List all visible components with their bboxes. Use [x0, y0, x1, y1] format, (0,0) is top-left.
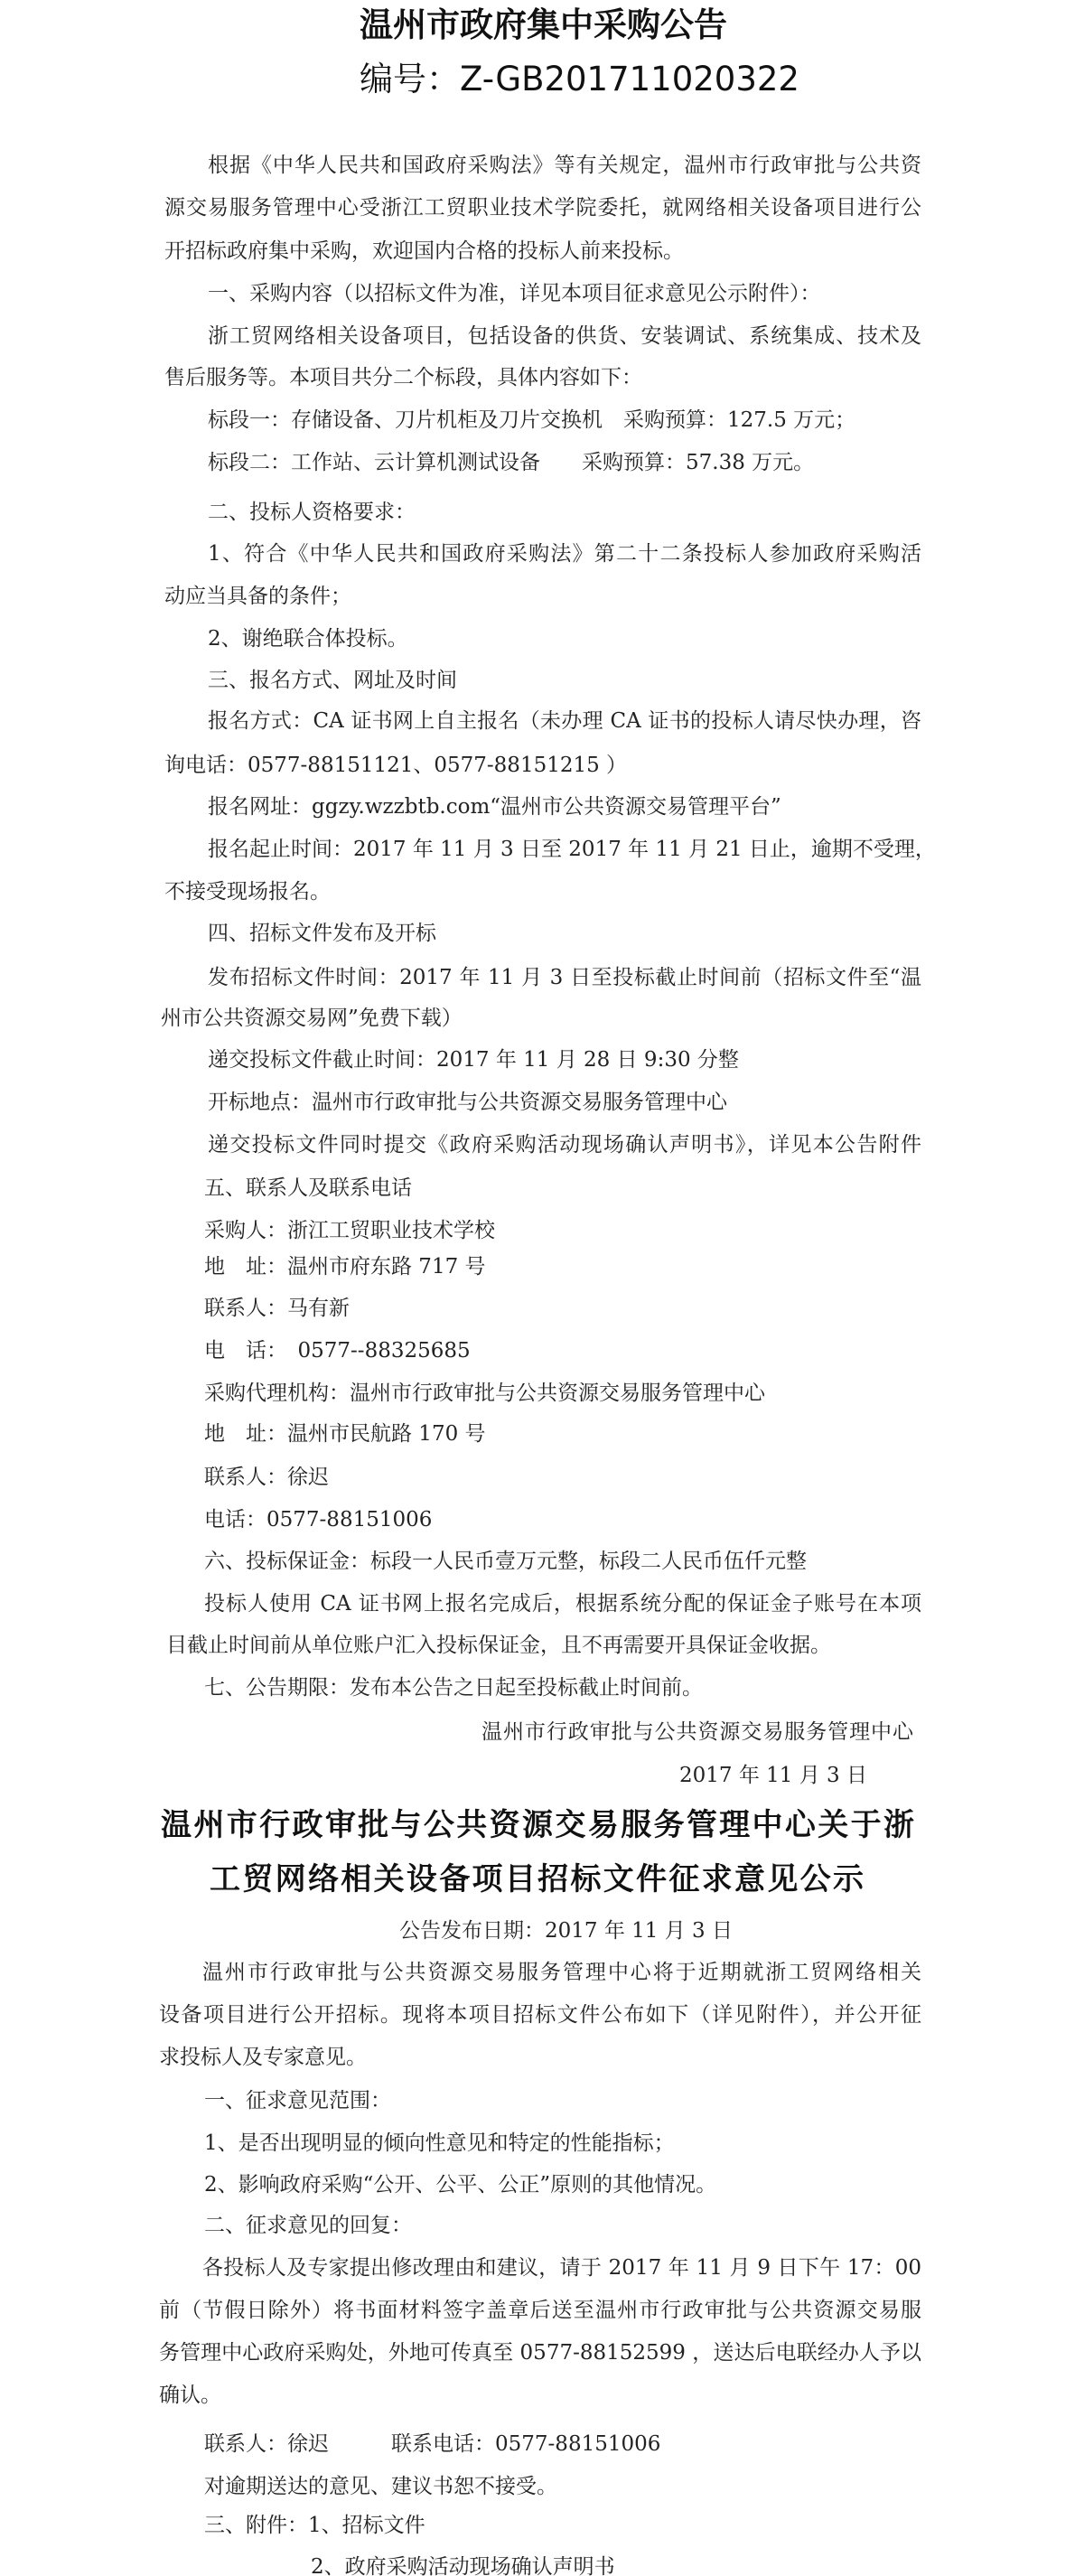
notice-line: 对逾期送达的意见、建议书恕不接受。	[204, 2473, 557, 2500]
paragraph-line: 2、谢绝联合体投标。	[208, 625, 408, 652]
paragraph-line: 开标地点：温州市行政审批与公共资源交易服务管理中心	[208, 1089, 727, 1116]
paragraph-line: 报名起止时间：2017 年 11 月 3 日至 2017 年 11 月 21 日…	[208, 836, 921, 863]
paragraph-line: 根据《中华人民共和国政府采购法》等有关规定，温州市行政审批与公共资	[208, 152, 921, 179]
notice-number: 编号：Z-GB201711020322	[360, 60, 799, 99]
section-heading: 六、投标保证金：标段一人民币壹万元整，标段二人民币伍仟元整	[204, 1548, 807, 1575]
paragraph-line: 求投标人及专家意见。	[159, 2044, 367, 2071]
signature: 温州市行政审批与公共资源交易服务管理中心	[481, 1719, 913, 1746]
paragraph-line: 设备项目进行公开招标。现将本项目招标文件公布如下（详见附件），并公开征	[159, 2001, 921, 2028]
paragraph-line: 各投标人及专家提出修改理由和建议，请于 2017 年 11 月 9 日下午 17…	[202, 2254, 921, 2281]
contact-line: 电 话： 0577--88325685	[204, 1337, 471, 1364]
paragraph-line: 开招标政府集中采购，欢迎国内合格的投标人前来投标。	[164, 238, 684, 265]
paragraph-line: 确认。	[159, 2382, 221, 2409]
paragraph-line: 投标人使用 CA 证书网上报名完成后，根据系统分配的保证金子账号在本项	[204, 1590, 921, 1617]
contact-line: 地 址：温州市府东路 717 号	[204, 1253, 486, 1280]
attachment-item: 三、附件：1、招标文件	[204, 2512, 425, 2539]
paragraph-line: 递交投标文件同时提交《政府采购活动现场确认声明书》，详见本公告附件	[208, 1131, 921, 1158]
contact-line: 采购人：浙江工贸职业技术学校	[204, 1217, 495, 1244]
section-heading: 七、公告期限：发布本公告之日起至投标截止时间前。	[204, 1674, 703, 1701]
section-heading: 二、投标人资格要求：	[208, 499, 416, 526]
attachment-item: 2、政府采购活动现场确认声明书	[311, 2553, 615, 2576]
section-heading: 二、征求意见的回复：	[204, 2212, 412, 2239]
signature-date: 2017 年 11 月 3 日	[679, 1762, 867, 1789]
paragraph-line: 报名方式：CA 证书网上自主报名（未办理 CA 证书的投标人请尽快办理，咨	[208, 707, 921, 735]
paragraph-line: 州市公共资源交易网”免费下载）	[161, 1005, 463, 1032]
contact-line: 联系人：徐迟 联系电话：0577-88151006	[204, 2431, 660, 2458]
contact-line: 地 址：温州市民航路 170 号	[204, 1420, 486, 1447]
lot-one-line: 标段一：存储设备、刀片机柜及刀片交换机 采购预算：127.5 万元；	[208, 407, 855, 434]
paragraph-line: 浙工贸网络相关设备项目，包括设备的供货、安装调试、系统集成、技术及	[208, 323, 921, 350]
consultation-title-line2: 工贸网络相关设备项目招标文件征求意见公示	[210, 1860, 864, 1898]
paragraph-line: 询电话：0577-88151121、0577-88151215 ）	[164, 752, 627, 779]
consultation-title-line1: 温州市行政审批与公共资源交易服务管理中心关于浙	[161, 1806, 914, 1844]
paragraph-line: 1、符合《中华人民共和国政府采购法》第二十二条投标人参加政府采购活	[208, 540, 921, 567]
list-item: 2、影响政府采购“公开、公平、公正”原则的其他情况。	[204, 2171, 716, 2198]
registration-url-line: 报名网址：ggzy.wzzbtb.com“温州市公共资源交易管理平台”	[208, 793, 781, 820]
section-heading: 四、招标文件发布及开标	[208, 920, 436, 947]
publish-date: 公告发布日期：2017 年 11 月 3 日	[399, 1917, 733, 1944]
paragraph-line: 售后服务等。本项目共分二个标段，具体内容如下：	[164, 364, 642, 391]
paragraph-line: 务管理中心政府采购处，外地可传真至 0577-88152599 ，送达后电联经办…	[159, 2339, 921, 2366]
paragraph-line: 源交易服务管理中心受浙江工贸职业技术学院委托，就网络相关设备项目进行公	[164, 194, 921, 221]
contact-line: 电话：0577-88151006	[204, 1506, 432, 1533]
paragraph-line: 温州市行政审批与公共资源交易服务管理中心将于近期就浙工贸网络相关	[202, 1959, 921, 1986]
list-item: 1、是否出现明显的倾向性意见和特定的性能指标；	[204, 2130, 675, 2157]
contact-line: 联系人：马有新	[204, 1295, 350, 1322]
paragraph-line: 目截止时间前从单位账户汇入投标保证金，且不再需要开具保证金收据。	[166, 1632, 831, 1659]
section-heading: 五、联系人及联系电话	[204, 1175, 412, 1202]
section-heading: 三、报名方式、网址及时间	[208, 667, 457, 694]
paragraph-line: 递交投标文件截止时间：2017 年 11 月 28 日 9:30 分整	[208, 1046, 739, 1073]
paragraph-line: 发布招标文件时间：2017 年 11 月 3 日至投标截止时间前（招标文件至“温	[208, 964, 921, 991]
section-heading: 一、征求意见范围：	[204, 2087, 391, 2114]
document-page: 温州市政府集中采购公告 编号：Z-GB201711020322 根据《中华人民共…	[0, 0, 1075, 2576]
section-heading: 一、采购内容（以招标文件为准，详见本项目征求意见公示附件）：	[208, 280, 821, 307]
paragraph-line: 不接受现场报名。	[164, 878, 331, 905]
paragraph-line: 前（节假日除外）将书面材料签字盖章后送至温州市行政审批与公共资源交易服	[159, 2297, 921, 2324]
contact-line: 采购代理机构：温州市行政审批与公共资源交易服务管理中心	[204, 1380, 765, 1407]
contact-line: 联系人：徐迟	[204, 1464, 329, 1491]
paragraph-line: 动应当具备的条件；	[164, 583, 351, 610]
notice-title: 温州市政府集中采购公告	[360, 5, 714, 45]
lot-two-line: 标段二：工作站、云计算机测试设备 采购预算：57.38 万元。	[208, 449, 814, 476]
